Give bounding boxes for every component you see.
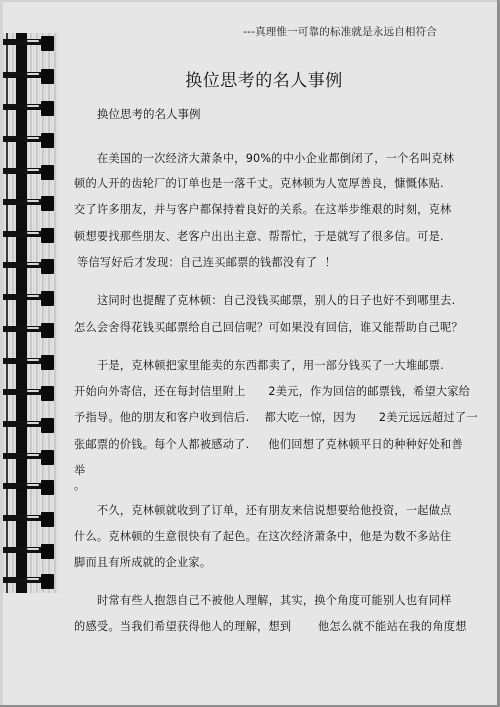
spiral-ring [3, 259, 55, 275]
body-line: 怎么会舍得花钱买邮票给自己回信呢？可如果没有回信，谁又能帮助自己呢？ [74, 319, 463, 335]
spiral-ring [3, 101, 55, 117]
body-line: 脚而且有所成就的企业家。 [74, 554, 211, 570]
spiral-ring [3, 228, 55, 244]
body-line: 什么。克林顿的生意很快有了起色。在这次经济萧条中，他是为数不多站住 [74, 528, 451, 544]
document-title: 换位思考的名人事例 [3, 66, 497, 91]
spiral-ring [3, 291, 55, 307]
body-line: 开始向外寄信，还在每封信里附上 2美元，作为回信的邮票钱，希望大家给 [74, 383, 470, 399]
spiral-ring [3, 418, 55, 434]
spiral-ring [3, 386, 55, 402]
spiral-ring [3, 36, 55, 52]
spiral-ring [3, 574, 55, 590]
body-line: 。 [74, 477, 85, 493]
body-line: 等信写好后才发现：自己连买邮票的钱都没有了 ！ [77, 254, 336, 270]
spiral-ring [3, 544, 55, 560]
document-subtitle: 换位思考的名人事例 [97, 106, 201, 122]
spiral-ring [3, 480, 55, 496]
body-line: 这同时也提醒了克林顿：自己没钱买邮票，别人的日子也好不到哪里去. [97, 292, 455, 308]
spiral-binding-spine [16, 33, 27, 593]
body-line: 顿的人开的齿轮厂的订单也是一落千丈。克林顿为人宽厚善良，慷慨体贴. [74, 175, 444, 191]
body-line: 的感受。当我们希望获得他人的理解，想到 他怎么就不能站在我的角度想 [74, 618, 467, 634]
body-line: 举 [74, 462, 85, 478]
body-line: 顿想要找那些朋友、老客户出出主意、帮帮忙，于是就写了很多信。可是. [74, 228, 444, 244]
spiral-ring [3, 165, 55, 181]
header-motto: ---真理惟一可靠的标准就是永远自相符合 [243, 24, 437, 39]
body-line: 张邮票的价钱。每个人都被感动了. 他们回想了克林顿平日的种种好处和善 [74, 436, 463, 452]
spiral-ring [3, 512, 55, 528]
spiral-binding [3, 33, 58, 593]
document-page: ---真理惟一可靠的标准就是永远自相符合 换位思考的名人事例 换位思考的名人事例… [0, 0, 497, 705]
spiral-ring [3, 196, 55, 212]
spiral-ring [3, 355, 55, 371]
spiral-ring [3, 133, 55, 149]
body-line: 不久，克林顿就收到了订单，还有朋友来信说想要给他投资，一起做点 [97, 502, 452, 518]
spiral-ring [3, 323, 55, 339]
body-line: 交了许多朋友，并与客户都保持着良好的关系。在这举步维艰的时刻，克林 [74, 201, 451, 217]
spiral-binding-edge [6, 33, 8, 593]
spiral-ring [3, 450, 55, 466]
body-line: 于是，克林顿把家里能卖的东西都卖了，用一部分钱买了一大堆邮票. [97, 357, 444, 373]
page-top-edge [3, 0, 497, 2]
body-line: 时常有些人抱怨自己不被他人理解，其实，换个角度可能别人也有同样 [97, 592, 452, 608]
body-line: 在美国的一次经济大萧条中，90%的中小企业都倒闭了，一个名叫克林 [97, 150, 454, 166]
body-line: 予指导。他的朋友和客户收到信后. 都大吃一惊，因为 2美元远远超过了一 [74, 409, 478, 425]
